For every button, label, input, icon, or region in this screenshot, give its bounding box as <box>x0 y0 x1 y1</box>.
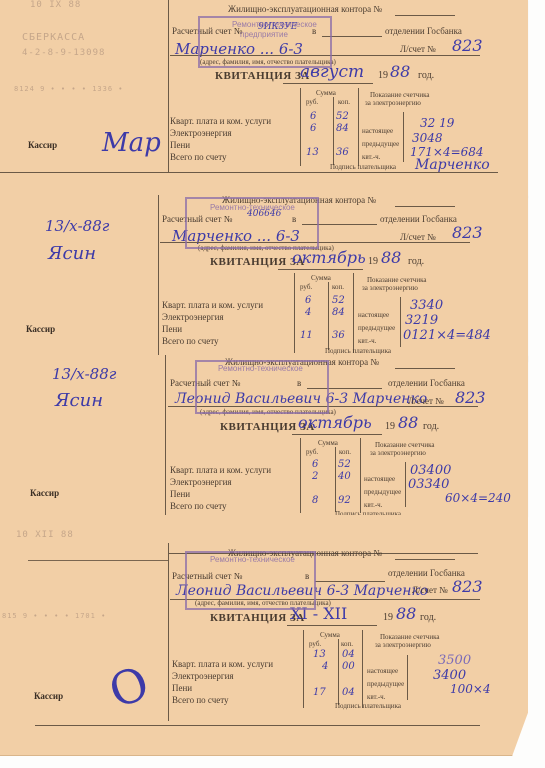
rent-rub: 6 <box>305 295 311 306</box>
receipt-title: КВИТАНЦИЯ ЗА <box>215 70 310 82</box>
personal-account-label: Л/счет № <box>400 44 436 54</box>
rub-header: руб. <box>306 98 318 106</box>
electricity-rub: 4 <box>305 307 311 318</box>
meter-caption-1: Показание счетчика <box>375 441 435 449</box>
year-prefix: 19 <box>383 612 393 623</box>
kwh-label: квт.-ч. <box>364 501 382 509</box>
year-suffix: год. <box>418 70 434 81</box>
cashier-signature: О <box>102 655 156 719</box>
row-electricity-label: Электроэнергия <box>172 671 234 681</box>
cashier-signature: Мар <box>102 128 161 158</box>
kwh-label: квт.-ч. <box>367 693 385 701</box>
meter-caption-1: Показание счетчика <box>367 276 427 284</box>
rent-kop: 52 <box>338 459 351 470</box>
bank-label: отделении Госбанка <box>380 214 457 224</box>
stamp-line-1: Ремонтно-техническое <box>210 555 295 564</box>
personal-account-label: Л/счет № <box>400 232 436 242</box>
electricity-kop: 00 <box>342 661 355 672</box>
personal-account-label: Л/счет № <box>408 396 444 406</box>
row-penalty-label: Пени <box>162 324 182 334</box>
meter-current: 3500 <box>438 653 471 668</box>
office-label: Жилищно-эксплуатационная контора № <box>228 4 382 14</box>
row-total-label: Всего по счету <box>170 501 227 511</box>
electricity-kop: 40 <box>338 471 351 482</box>
receipt-year: 88 <box>381 248 401 267</box>
cashier-label: Кассир <box>26 324 55 334</box>
rent-rub: 6 <box>310 111 316 122</box>
rent-rub: 13 <box>313 649 326 660</box>
sum-header: Сумма <box>320 631 340 639</box>
left-stamp-number: 815 9 • • • • 1701 • <box>2 612 106 620</box>
meter-caption-2: за электроэнергию <box>362 284 418 292</box>
kop-header: коп. <box>341 640 353 648</box>
rent-rub: 6 <box>312 459 318 470</box>
bank-label: отделении Госбанка <box>385 26 462 36</box>
row-penalty-label: Пени <box>170 140 190 150</box>
personal-account-number: 823 <box>452 577 483 596</box>
row-penalty-label: Пени <box>170 489 190 499</box>
row-electricity-label: Электроэнергия <box>170 128 232 138</box>
total-kop: 36 <box>336 147 349 158</box>
left-note-signature: Ясин <box>48 243 96 264</box>
meter-current-label: настоящее <box>358 311 389 319</box>
total-rub: 17 <box>313 687 326 698</box>
meter-caption-1: Показание счетчика <box>370 91 430 99</box>
receipt-2: 13/х-88г Ясин Кассир Жилищно-эксплуатаци… <box>0 195 528 361</box>
total-kop: 92 <box>338 495 351 506</box>
payer-signature: Марченко <box>415 157 490 173</box>
meter-current: 3340 <box>410 298 443 313</box>
meter-previous: 3048 <box>412 131 443 145</box>
meter-previous: 3219 <box>405 313 438 328</box>
sum-header: Сумма <box>311 274 331 282</box>
total-kop: 04 <box>342 687 355 698</box>
meter-caption-2: за электроэнергию <box>375 641 431 649</box>
left-stamp-date: 10 IX 88 <box>30 0 81 10</box>
bank-label: отделении Госбанка <box>388 378 465 388</box>
total-rub: 8 <box>312 495 318 506</box>
meter-caption-1: Показание счетчика <box>380 633 440 641</box>
rent-kop: 04 <box>342 649 355 660</box>
receipt-4: 10 XII 88 815 9 • • • • 1701 • Кассир О … <box>0 515 528 756</box>
meter-previous-label: предыдущее <box>362 140 399 148</box>
personal-account-number: 823 <box>452 223 483 242</box>
stamp-line-2: предприятие <box>240 30 288 39</box>
sum-header: Сумма <box>318 439 338 447</box>
kop-header: коп. <box>338 98 350 106</box>
meter-caption-2: за электроэнергию <box>370 449 426 457</box>
personal-account-number: 823 <box>452 36 483 55</box>
meter-current-label: настоящее <box>367 667 398 675</box>
left-note-date: 13/х-88г <box>52 365 116 383</box>
year-suffix: год. <box>408 256 424 267</box>
receipt-title: КВИТАНЦИЯ ЗА <box>210 256 305 268</box>
payer-signature-label: Подпись плательщика <box>335 702 401 710</box>
receipt-year: 88 <box>396 604 416 623</box>
left-stamp-bank: СБЕРКАССА <box>22 32 85 43</box>
electricity-rub: 2 <box>312 471 318 482</box>
rent-kop: 52 <box>336 111 349 122</box>
meter-previous-label: предыдущее <box>367 680 404 688</box>
year-prefix: 19 <box>378 70 388 81</box>
rent-kop: 52 <box>332 295 345 306</box>
kwh-value: 60×4=240 <box>445 491 511 505</box>
year-suffix: год. <box>420 612 436 623</box>
meter-current: 03400 <box>410 463 451 478</box>
meter-previous-label: предыдущее <box>358 324 395 332</box>
meter-current-label: настоящее <box>362 127 393 135</box>
meter-current-label: настоящее <box>364 475 395 483</box>
electricity-rub: 6 <box>310 123 316 134</box>
row-rent-label: Кварт. плата и ком. услуги <box>170 465 271 475</box>
row-rent-label: Кварт. плата и ком. услуги <box>162 300 263 310</box>
rub-header: руб. <box>309 640 321 648</box>
meter-caption-2: за электроэнергию <box>365 99 421 107</box>
meter-previous: 03340 <box>408 477 449 492</box>
row-total-label: Всего по счету <box>170 152 227 162</box>
receipt-month: октябрь <box>298 413 372 432</box>
payer-signature-label: Подпись плательщика <box>325 347 391 355</box>
kop-header: коп. <box>332 283 344 291</box>
personal-account-label: Л/счет № <box>412 585 448 595</box>
row-rent-label: Кварт. плата и ком. услуги <box>170 116 271 126</box>
kwh-label: квт.-ч. <box>362 153 380 161</box>
electricity-rub: 4 <box>322 661 328 672</box>
year-suffix: год. <box>423 421 439 432</box>
row-total-label: Всего по счету <box>162 336 219 346</box>
receipt-month: октябрь <box>292 248 366 267</box>
row-rent-label: Кварт. плата и ком. услуги <box>172 659 273 669</box>
receipt-year: 88 <box>398 413 418 432</box>
electricity-kop: 84 <box>332 307 345 318</box>
row-electricity-label: Электроэнергия <box>170 477 232 487</box>
payer-signature-label: Подпись плательщика <box>330 163 396 171</box>
meter-previous-label: предыдущее <box>364 488 401 496</box>
left-note-signature: Ясин <box>55 390 103 411</box>
rub-header: руб. <box>306 448 318 456</box>
kwh-value: 100×4 <box>450 682 491 696</box>
kwh-label: квт.-ч. <box>358 337 376 345</box>
stamp-line-1: Ремонтно-техническое <box>218 364 303 373</box>
kwh-value: 0121×4=484 <box>403 328 491 343</box>
left-stamp-number: 8124 9 • • • • 1336 • <box>14 85 124 93</box>
cashier-label: Кассир <box>30 488 59 498</box>
receipt-1: 10 IX 88 СБЕРКАССА 4-2-8-9-13098 8124 9 … <box>0 0 528 197</box>
stamp-line-1: Ремонтно-техническое <box>210 203 295 212</box>
total-rub: 13 <box>306 147 319 158</box>
electricity-kop: 84 <box>336 123 349 134</box>
row-total-label: Всего по счету <box>172 695 229 705</box>
stamp-line-1: Ремонтно-техническое <box>232 20 317 29</box>
personal-account-number: 823 <box>455 388 486 407</box>
left-stamp-date: 10 XII 88 <box>16 530 74 540</box>
total-rub: 11 <box>300 330 313 341</box>
total-kop: 36 <box>332 330 345 341</box>
meter-current: 32 19 <box>420 116 454 130</box>
kop-header: коп. <box>339 448 351 456</box>
row-electricity-label: Электроэнергия <box>162 312 224 322</box>
year-prefix: 19 <box>368 256 378 267</box>
left-note-date: 13/х-88г <box>45 217 109 235</box>
row-penalty-label: Пени <box>172 683 192 693</box>
cashier-label: Кассир <box>28 140 57 150</box>
receipt-3: 13/х-88г Ясин Кассир Жилищно-эксплуатаци… <box>0 355 528 516</box>
sum-header: Сумма <box>316 89 336 97</box>
receipt-year: 88 <box>390 62 410 81</box>
meter-previous: 3400 <box>433 668 466 683</box>
cashier-label: Кассир <box>34 691 63 701</box>
year-prefix: 19 <box>385 421 395 432</box>
left-stamp-code: 4-2-8-9-13098 <box>22 48 105 58</box>
rub-header: руб. <box>300 283 312 291</box>
